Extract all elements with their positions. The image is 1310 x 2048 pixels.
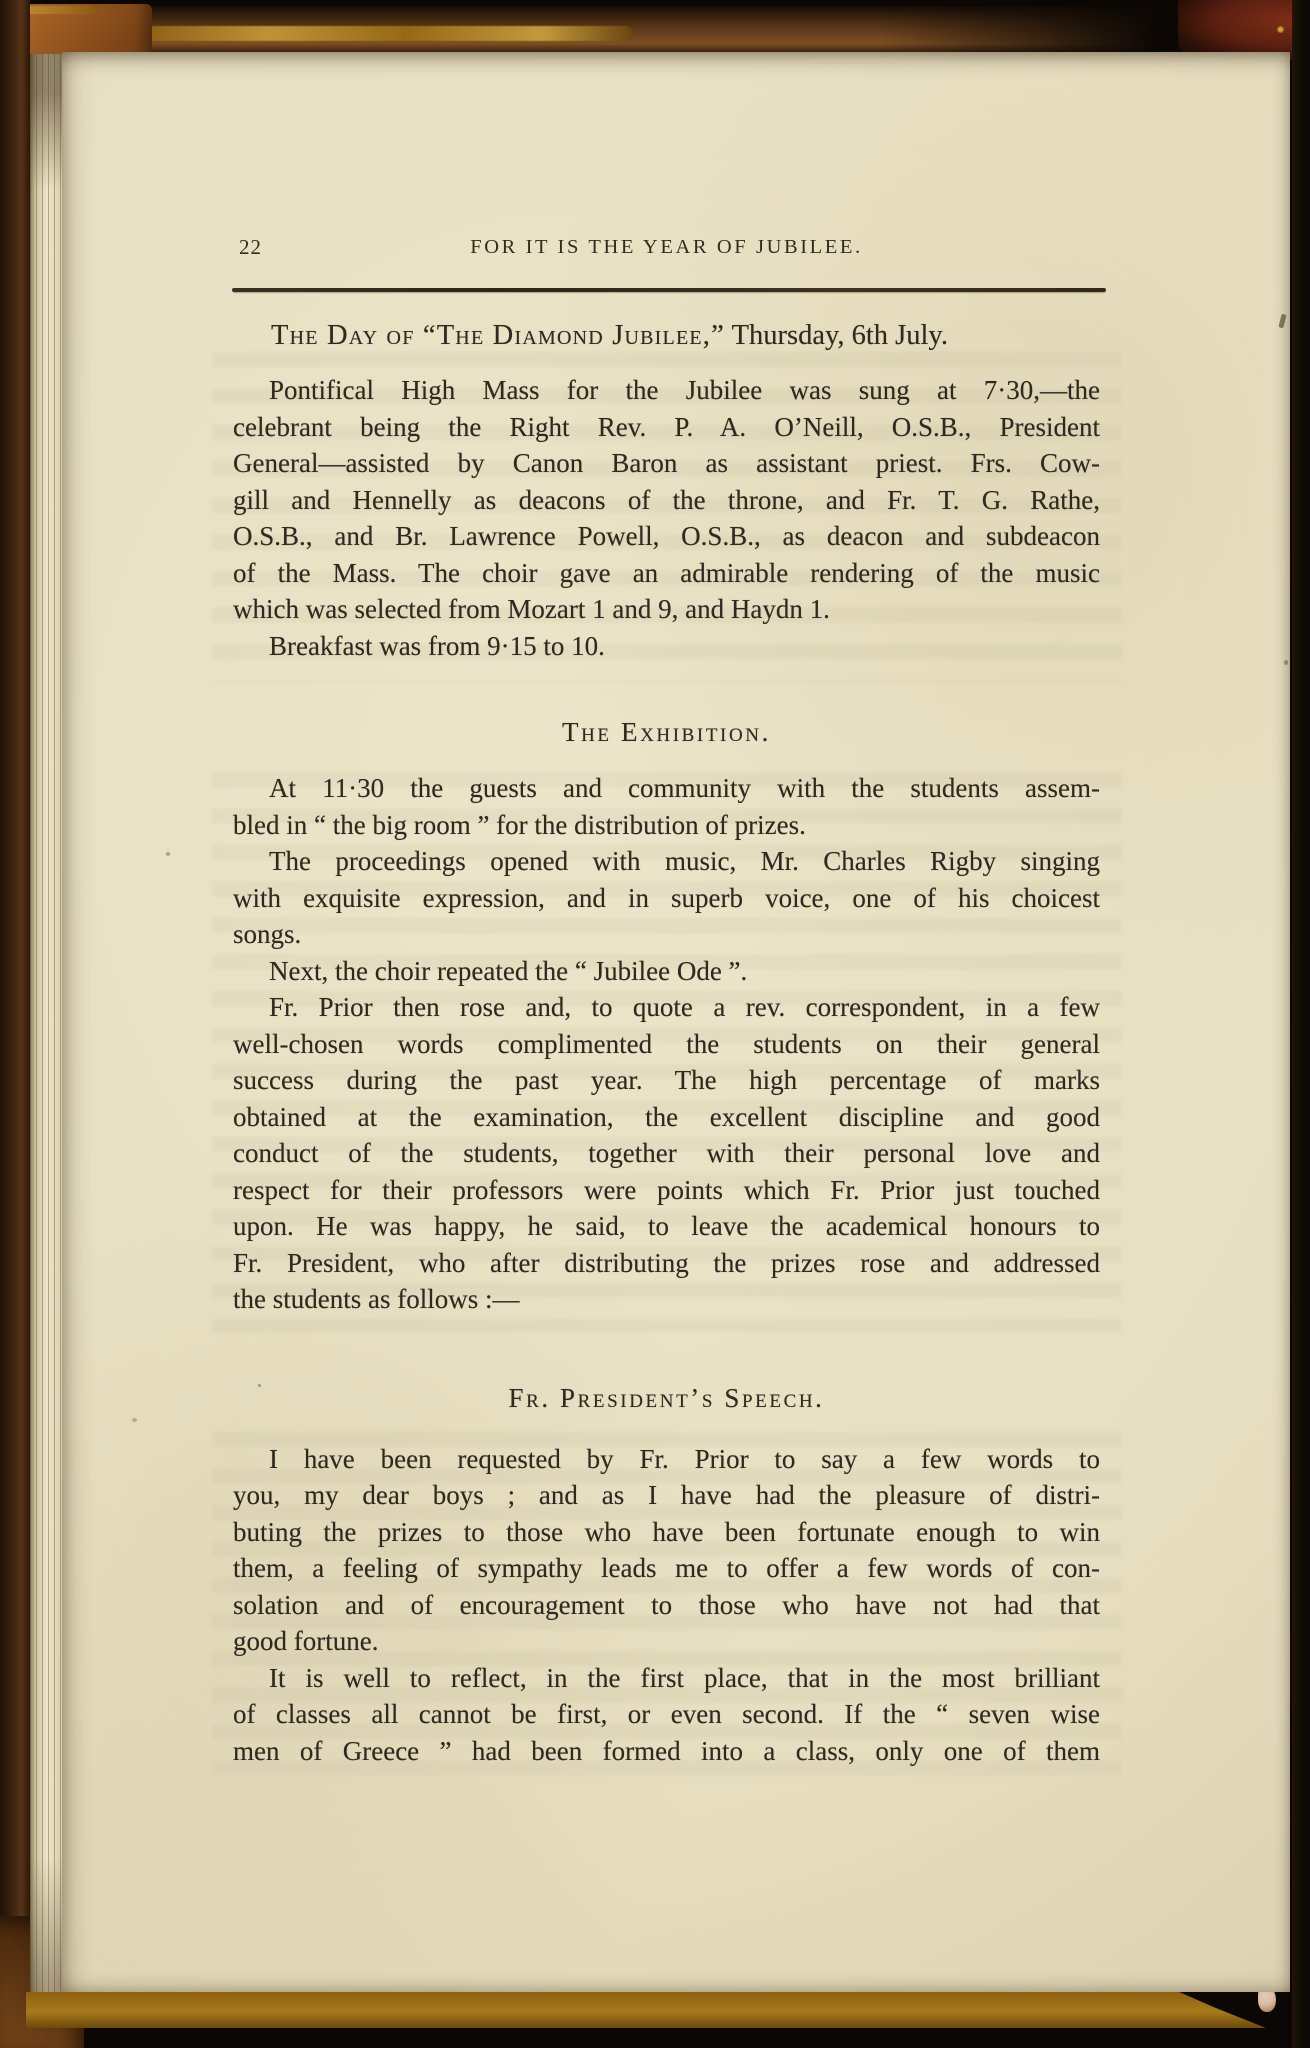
leather-corner-top-right	[1178, 0, 1310, 60]
paragraph: The proceedings opened with music, Mr. C…	[233, 843, 1100, 953]
section-heading: The Exhibition.	[233, 715, 1100, 749]
running-title: FOR IT IS THE YEAR OF JUBILEE.	[470, 236, 863, 259]
text-line: It is well to reflect, in the first plac…	[233, 1660, 1100, 1697]
text-line: them, a feeling of sympathy leads me to …	[233, 1550, 1100, 1587]
text-line: Pontifical High Mass for the Jubilee was…	[233, 372, 1100, 409]
text-line: well-chosen words complimented the stude…	[233, 1026, 1100, 1063]
section-heading: The Day of “The Diamond Jubilee,” Thursd…	[233, 316, 1100, 356]
text-line: you, my dear boys ; and as I have had th…	[233, 1477, 1100, 1514]
text-line: gill and Hennelly as deacons of the thro…	[233, 482, 1100, 519]
text-line: good fortune.	[233, 1623, 1100, 1660]
paragraph: Next, the choir repeated the “ Jubilee O…	[233, 953, 1100, 990]
page-number: 22	[239, 235, 262, 260]
text-line: songs.	[233, 916, 1100, 953]
text-line: with exquisite expression, and in superb…	[233, 880, 1100, 917]
paragraph: Breakfast was from 9·15 to 10.	[233, 628, 1100, 665]
book-spine-left	[0, 0, 30, 2048]
text-line: bled in “ the big room ” for the distrib…	[233, 807, 1100, 844]
text-line: solation and of encouragement to those w…	[233, 1587, 1100, 1624]
text-line: I have been requested by Fr. Prior to sa…	[233, 1441, 1100, 1478]
text-line: obtained at the examination, the excelle…	[233, 1099, 1100, 1136]
bottom-cover-edge	[26, 1992, 1266, 2028]
text-line: Fr. Prior then rose and, to quote a rev.…	[233, 989, 1100, 1026]
margin-speck	[132, 1418, 137, 1422]
paragraph: Pontifical High Mass for the Jubilee was…	[233, 372, 1100, 628]
paragraph: I have been requested by Fr. Prior to sa…	[233, 1441, 1100, 1660]
page-content: The Day of “The Diamond Jubilee,” Thursd…	[233, 316, 1100, 1769]
text-line: which was selected from Mozart 1 and 9, …	[233, 591, 1100, 628]
section-heading-smallcaps: The Day of “The Diamond Jubilee,”	[271, 320, 725, 351]
cover-right-edge	[1292, 0, 1310, 2048]
text-line: the students as follows :—	[233, 1281, 1100, 1318]
book-photo: 22 FOR IT IS THE YEAR OF JUBILEE. The Da…	[0, 0, 1310, 2048]
book-page: 22 FOR IT IS THE YEAR OF JUBILEE. The Da…	[62, 52, 1290, 1992]
paragraph: At 11·30 the guests and community with t…	[233, 770, 1100, 843]
paragraph: It is well to reflect, in the first plac…	[233, 1660, 1100, 1770]
text-line: General—assisted by Canon Baron as assis…	[233, 445, 1100, 482]
text-line: respect for their professors were points…	[233, 1172, 1100, 1209]
margin-speck	[258, 1384, 261, 1387]
text-line: Fr. President, who after distributing th…	[233, 1245, 1100, 1282]
paragraph: Fr. Prior then rose and, to quote a rev.…	[233, 989, 1100, 1318]
text-line: of the Mass. The choir gave an admirable…	[233, 555, 1100, 592]
text-line: Next, the choir repeated the “ Jubilee O…	[233, 953, 1100, 990]
text-line: conduct of the students, together with t…	[233, 1135, 1100, 1172]
page-header: 22 FOR IT IS THE YEAR OF JUBILEE.	[233, 232, 1100, 268]
text-line: The proceedings opened with music, Mr. C…	[233, 843, 1100, 880]
header-rule	[232, 288, 1106, 292]
text-line: men of Greece ” had been formed into a c…	[233, 1733, 1100, 1770]
section-heading-tail: Thursday, 6th July.	[725, 320, 948, 351]
text-line: success during the past year. The high p…	[233, 1062, 1100, 1099]
text-line: buting the prizes to those who have been…	[233, 1514, 1100, 1551]
text-line: At 11·30 the guests and community with t…	[233, 770, 1100, 807]
margin-speck	[1278, 314, 1286, 329]
margin-speck	[166, 852, 170, 856]
text-line: Breakfast was from 9·15 to 10.	[233, 628, 1100, 665]
page-edges-stack	[30, 54, 62, 1992]
section-heading: Fr. President’s Speech.	[233, 1381, 1100, 1415]
margin-speck	[1284, 660, 1288, 665]
text-line: O.S.B., and Br. Lawrence Powell, O.S.B.,…	[233, 518, 1100, 555]
text-line: upon. He was happy, he said, to leave th…	[233, 1208, 1100, 1245]
binding-gold-tooling	[128, 26, 633, 41]
text-line: of classes all cannot be first, or even …	[233, 1696, 1100, 1733]
text-line: celebrant being the Right Rev. P. A. O’N…	[233, 409, 1100, 446]
